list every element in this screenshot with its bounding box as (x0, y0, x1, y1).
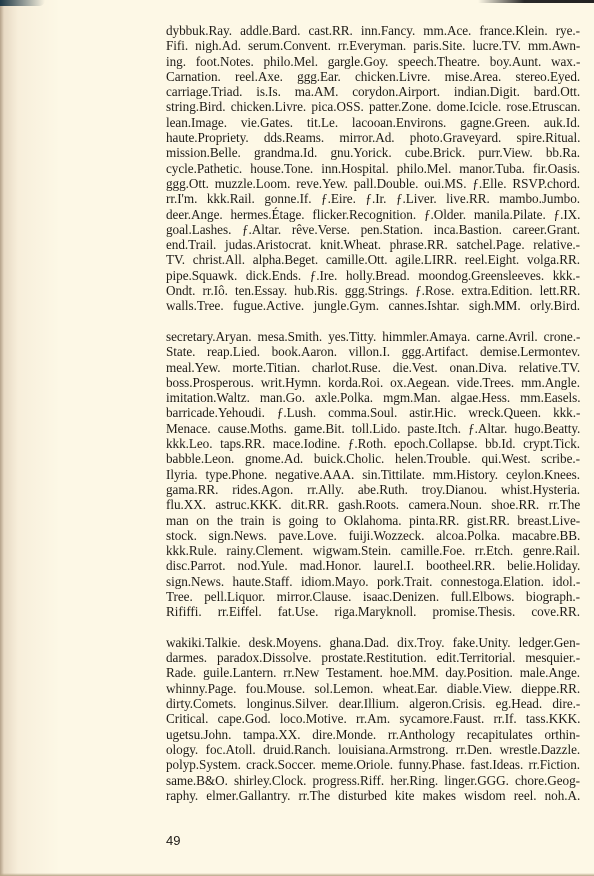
text-line: pipe.Squawk. dick.Ends. ƒ.Ire. holly.Bre… (166, 268, 580, 283)
text-line: ggg.Ott. muzzle.Loom. reve.Yew. pall.Dou… (166, 176, 580, 191)
text-line: babble.Leon. gnome.Ad. buick.Cholic. hel… (166, 451, 580, 466)
text-line: haute.Propriety. dds.Reams. mirror.Ad. p… (166, 130, 580, 145)
text-line: whinny.Page. fou.Mouse. sol.Lemon. wheat… (166, 681, 580, 696)
text-line: boss.Prosperous. writ.Hymn. korda.Roi. o… (166, 375, 580, 390)
text-line: flu.XX. astruc.KKK. dit.RR. gash.Roots. … (166, 497, 580, 512)
page-edge-shadow-left (0, 0, 45, 6)
book-page: dybbuk.Ray. addle.Bard. cast.RR. inn.Fan… (0, 0, 594, 876)
text-line: man on the train is going to Oklahoma. p… (166, 513, 580, 528)
text-line: wakiki.Talkie. desk.Moyens. ghana.Dad. d… (166, 635, 580, 650)
text-line: ing. foot.Notes. philo.Mel. gargle.Goy. … (166, 54, 580, 69)
text-line: meal.Yew. morte.Titian. charlot.Ruse. di… (166, 360, 580, 375)
paragraph-2: secretary.Aryan. mesa.Smith. yes.Titty. … (166, 329, 580, 620)
text-line: dybbuk.Ray. addle.Bard. cast.RR. inn.Fan… (166, 23, 580, 38)
text-line: ology. foc.Atoll. druid.Ranch. louisiana… (166, 742, 580, 757)
text-line: stock. sign.News. pave.Love. fuiji.Wozze… (166, 528, 580, 543)
text-line: cycle.Pathetic. house.Tone. inn.Hospital… (166, 161, 580, 176)
text-line: rr.I'm. kkk.Rail. gonne.If. ƒ.Eire. ƒ.Ir… (166, 191, 580, 206)
text-line: secretary.Aryan. mesa.Smith. yes.Titty. … (166, 329, 580, 344)
text-line: string.Bird. chicken.Livre. pica.OSS. pa… (166, 99, 580, 114)
text-line: Critical. cape.God. loco.Motive. rr.Am. … (166, 711, 580, 726)
text-line: mission.Belle. grandma.Id. gnu.Yorick. c… (166, 145, 580, 160)
text-line: carriage.Triad. is.Is. ma.AM. corydon.Ai… (166, 84, 580, 99)
text-line: State. reap.Lied. book.Aaron. villon.I. … (166, 344, 580, 359)
text-column: dybbuk.Ray. addle.Bard. cast.RR. inn.Fan… (166, 23, 580, 803)
text-line: Rififfi. rr.Eiffel. fat.Use. riga.Marykn… (166, 604, 580, 619)
page-edge-shadow-right (478, 0, 594, 3)
text-line: Menace. cause.Moths. game.Bit. toll.Lido… (166, 421, 580, 436)
text-line: goal.Lashes. ƒ.Altar. rêve.Verse. pen.St… (166, 222, 580, 237)
text-line: disc.Parrot. nod.Yule. mad.Honor. laurel… (166, 558, 580, 573)
text-line: kkk.Leo. taps.RR. mace.Iodine. ƒ.Roth. e… (166, 436, 580, 451)
text-line: barricade.Yehoudi. ƒ.Lush. comma.Soul. a… (166, 405, 580, 420)
text-line: kkk.Rule. rainy.Clement. wigwam.Stein. c… (166, 543, 580, 558)
text-line: Ondt. rr.Iô. ten.Essay. hub.Ris. ggg.Str… (166, 283, 580, 298)
text-line: darmes. paradox.Dissolve. prostate.Resti… (166, 650, 580, 665)
text-line: gama.RR. rides.Agon. rr.Ally. abe.Ruth. … (166, 482, 580, 497)
paragraph-1: dybbuk.Ray. addle.Bard. cast.RR. inn.Fan… (166, 23, 580, 314)
text-line: imitation.Waltz. man.Go. axle.Polka. mgm… (166, 390, 580, 405)
text-line: walls.Tree. fugue.Active. jungle.Gym. ca… (166, 298, 580, 313)
text-line: Carnation. reel.Axe. ggg.Ear. chicken.Li… (166, 69, 580, 84)
text-line: lean.Image. vie.Gates. tit.Le. lacooan.E… (166, 115, 580, 130)
text-line: Rade. guile.Lantern. rr.New Testament. h… (166, 665, 580, 680)
paragraph-3: wakiki.Talkie. desk.Moyens. ghana.Dad. d… (166, 635, 580, 803)
text-line: TV. christ.All. alpha.Beget. camille.Ott… (166, 252, 580, 267)
text-line: end.Trail. judas.Aristocrat. knit.Wheat.… (166, 237, 580, 252)
text-line: polyp.System. crack.Soccer. meme.Oriole.… (166, 757, 580, 772)
text-line: raphy. elmer.Gallantry. rr.The disturbed… (166, 788, 580, 803)
page-number: 49 (166, 833, 180, 848)
text-line: sign.News. haute.Staff. idiom.Mayo. pork… (166, 574, 580, 589)
text-line: ugetsu.John. tampa.XX. dire.Monde. rr.An… (166, 727, 580, 742)
text-line: Tree. pell.Liquor. mirror.Clause. isaac.… (166, 589, 580, 604)
text-line: dirty.Comets. longinus.Silver. dear.Illi… (166, 696, 580, 711)
text-line: Ilyria. type.Phone. negative.AAA. sin.Ti… (166, 467, 580, 482)
text-line: Fifi. nigh.Ad. serum.Convent. rr.Everyma… (166, 38, 580, 53)
text-line: deer.Ange. hermes.Étage. flicker.Recogni… (166, 207, 580, 222)
text-line: same.B&O. shirley.Clock. progress.Riff. … (166, 773, 580, 788)
